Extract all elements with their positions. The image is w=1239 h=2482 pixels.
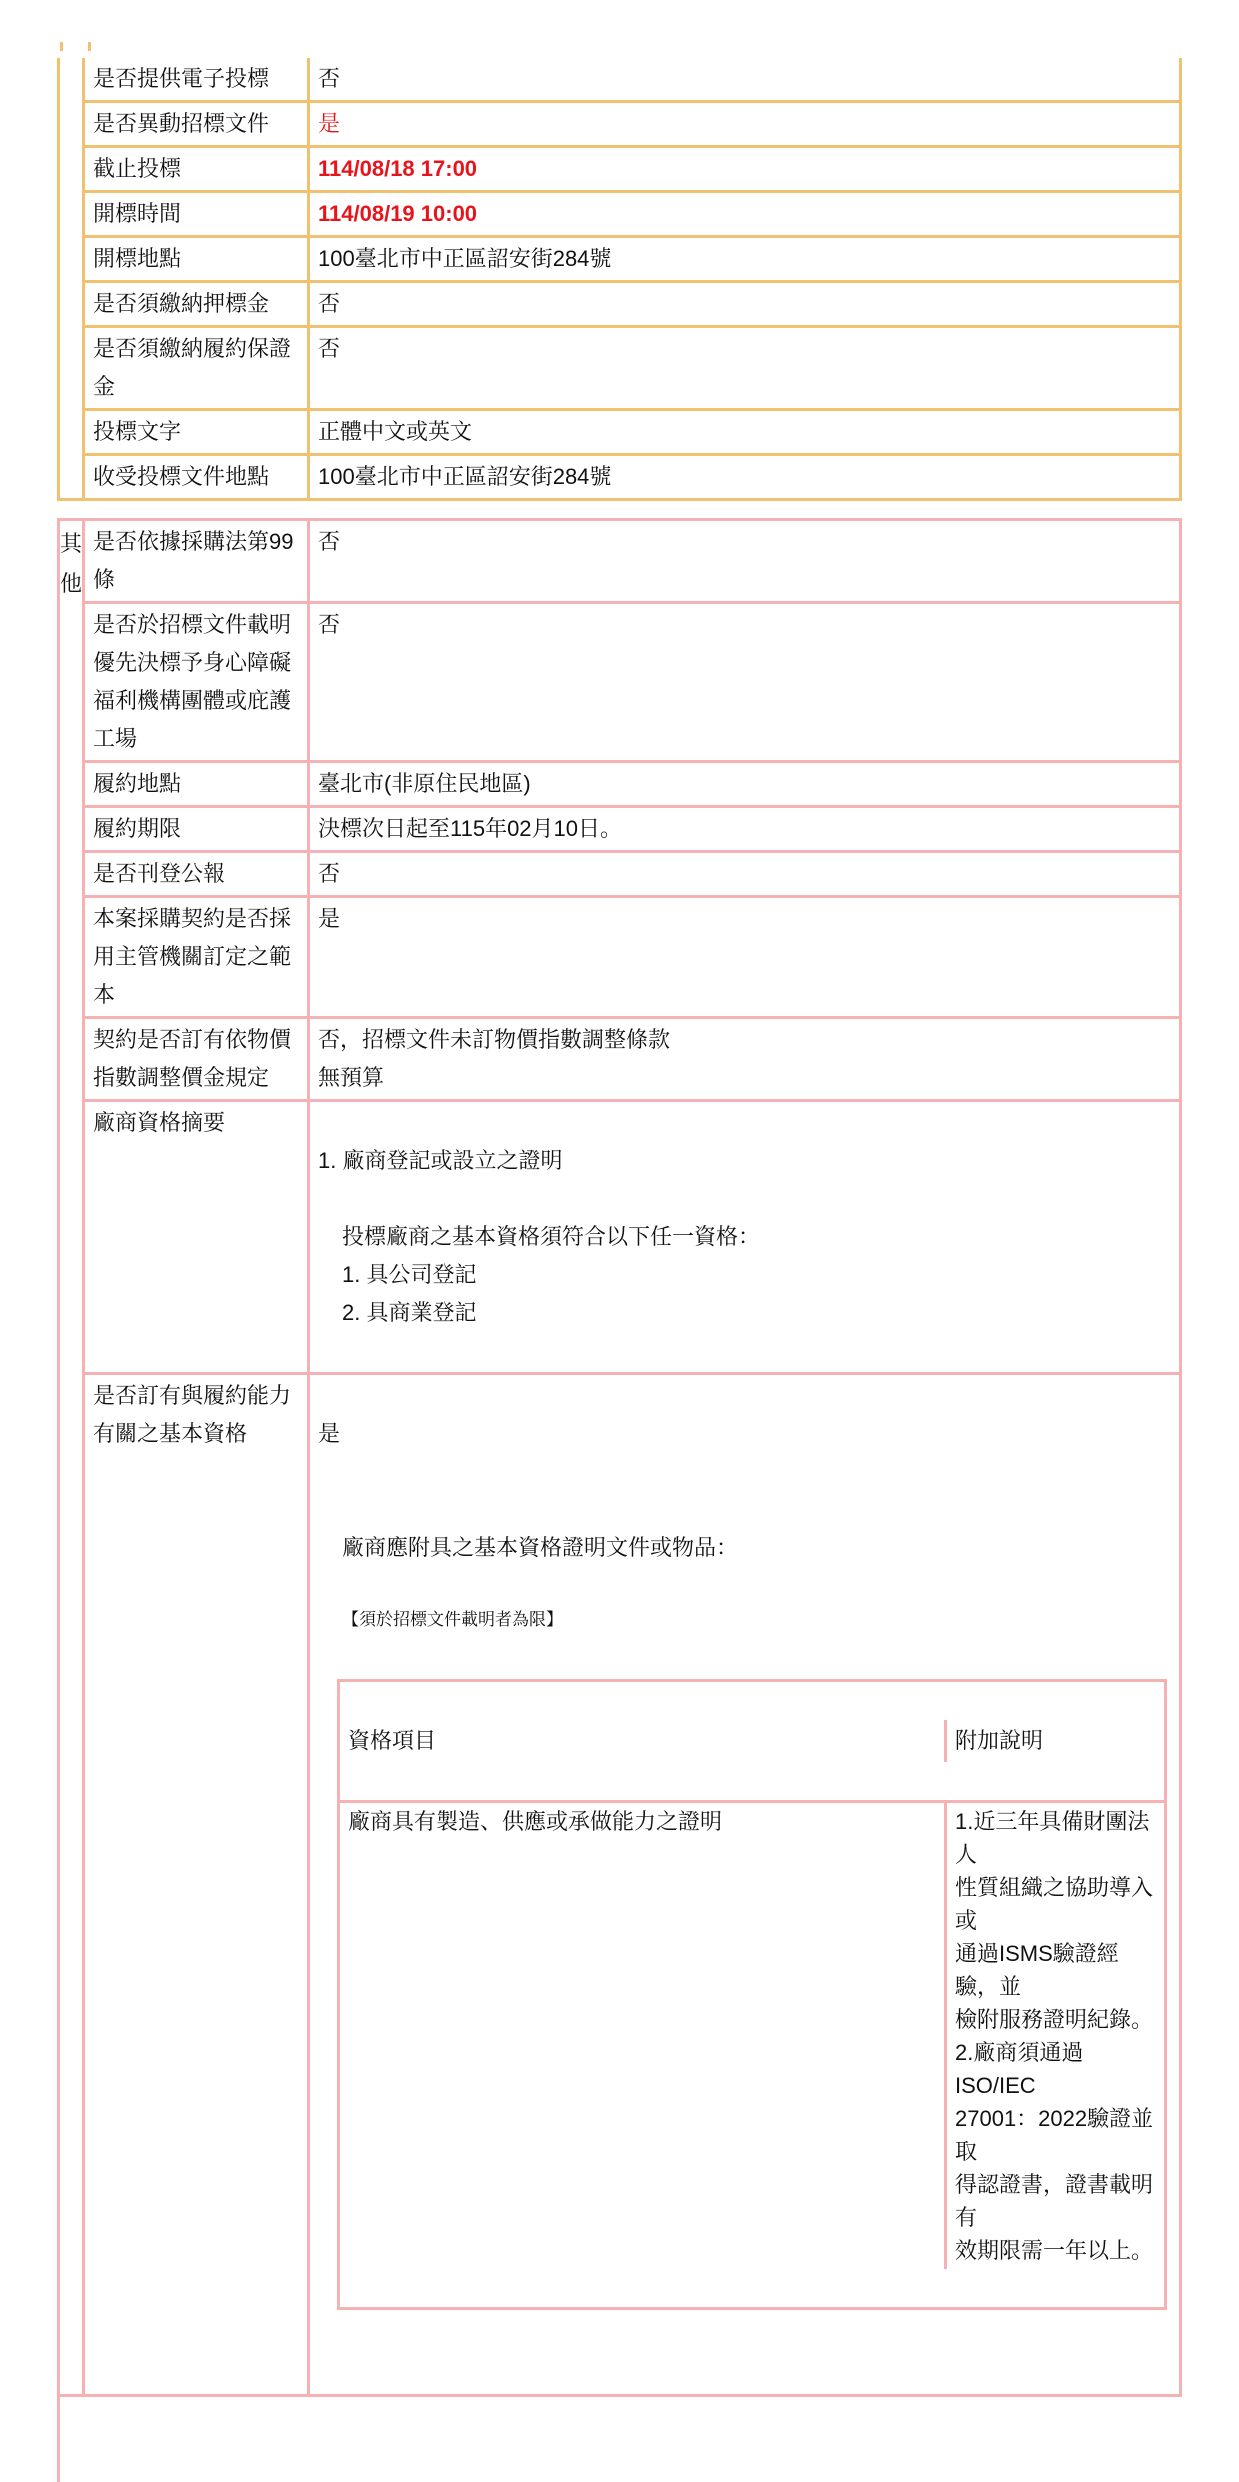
qualification-description-header: 附加說明 <box>947 1720 1164 1762</box>
row-label: 是否須繳納押標金 <box>85 283 310 325</box>
table-row: 是否須繳納押標金 否 <box>85 280 1179 325</box>
row-value: 是 廠商應附具之基本資格證明文件或物品： 【須於招標文件載明者為限】 資格項目 … <box>310 1375 1179 2394</box>
qualification-attach-note: 廠商應附具之基本資格證明文件或物品： <box>342 1529 1171 1567</box>
row-label: 開標時間 <box>85 193 310 235</box>
table-row: 投標文字 正體中文或英文 <box>85 408 1179 453</box>
row-label: 截止投標 <box>85 148 310 190</box>
row-label: 履約期限 <box>85 808 310 850</box>
row-label: 是否於招標文件載明 優先決標予身心障礙 福利機構團體或庇護 工場 <box>85 604 310 760</box>
tender-category-cell <box>60 58 85 498</box>
page-content: 是否提供電子投標 否 是否異動招標文件 是 截止投標 114/08/18 17:… <box>57 58 1182 2397</box>
table-row: 是否須繳納履約保證 金 否 <box>85 325 1179 408</box>
row-label: 是否刊登公報 <box>85 853 310 895</box>
row-value: 否 <box>310 58 1179 100</box>
qualification-answer: 是 <box>318 1415 1171 1453</box>
other-info-table: 其他 是否依據採購法第99 條 否 是否於招標文件載明 優先決標予身心障礙 福利… <box>57 518 1182 2397</box>
row-value: 是 <box>310 103 1179 145</box>
table-row: 是否異動招標文件 是 <box>85 100 1179 145</box>
row-value: 決標次日起至115年02月10日。 <box>310 808 1179 850</box>
qualification-summary-intro: 1. 廠商登記或設立之證明 <box>318 1142 1171 1180</box>
qualification-table-row: 廠商具有製造、供應或承做能力之證明 1.近三年具備財團法人 性質組織之協助導入或… <box>340 1800 1164 2269</box>
cut-border-stub <box>60 42 63 51</box>
table-row: 開標地點 100臺北市中正區詔安街284號 <box>85 235 1179 280</box>
row-label: 廠商資格摘要 <box>85 1102 310 1372</box>
row-label: 收受投標文件地點 <box>85 456 310 498</box>
cut-border-stub <box>88 42 91 51</box>
row-value: 否 <box>310 328 1179 408</box>
table-row-performance-qualification: 是否訂有與履約能力 有關之基本資格 是 廠商應附具之基本資格證明文件或物品： 【… <box>85 1372 1179 2394</box>
qualification-item: 廠商具有製造、供應或承做能力之證明 <box>340 1803 947 2269</box>
row-value: 114/08/18 17:00 <box>310 148 1179 190</box>
table-row: 是否於招標文件載明 優先決標予身心障礙 福利機構團體或庇護 工場 否 <box>85 601 1179 760</box>
row-value: 否 <box>310 604 1179 760</box>
row-value: 是 <box>310 898 1179 1016</box>
qualification-description: 1.近三年具備財團法人 性質組織之協助導入或 通過ISMS驗證經驗，並 檢附服務… <box>947 1803 1164 2269</box>
qualification-detail-block: 廠商應附具之基本資格證明文件或物品： 【須於招標文件載明者為限】 資格項目 附加… <box>318 1491 1171 2354</box>
row-label: 履約地點 <box>85 763 310 805</box>
row-label: 投標文字 <box>85 411 310 453</box>
row-label: 契約是否訂有依物價 指數調整價金規定 <box>85 1019 310 1099</box>
tender-info-table: 是否提供電子投標 否 是否異動招標文件 是 截止投標 114/08/18 17:… <box>57 58 1182 501</box>
row-value: 100臺北市中正區詔安街284號 <box>310 238 1179 280</box>
row-value: 正體中文或英文 <box>310 411 1179 453</box>
row-label: 開標地點 <box>85 238 310 280</box>
row-value: 否 <box>310 521 1179 601</box>
table-row: 契約是否訂有依物價 指數調整價金規定 否，招標文件未訂物價指數調整條款 無預算 <box>85 1016 1179 1099</box>
table-row: 是否提供電子投標 否 <box>85 58 1179 100</box>
other-category-cell: 其他 <box>60 521 85 2394</box>
row-label: 是否提供電子投標 <box>85 58 310 100</box>
row-label: 是否訂有與履約能力 有關之基本資格 <box>85 1375 310 2394</box>
row-label: 是否須繳納履約保證 金 <box>85 328 310 408</box>
table-row: 履約地點 臺北市(非原住民地區) <box>85 760 1179 805</box>
qualification-table-header: 資格項目 附加說明 <box>340 1720 1164 1762</box>
table-row: 履約期限 決標次日起至115年02月10日。 <box>85 805 1179 850</box>
row-value: 114/08/19 10:00 <box>310 193 1179 235</box>
row-value: 否，招標文件未訂物價指數調整條款 無預算 <box>310 1019 1179 1099</box>
table-row-vendor-qualification: 廠商資格摘要 1. 廠商登記或設立之證明 投標廠商之基本資格須符合以下任一資格：… <box>85 1099 1179 1372</box>
qualification-summary-details: 投標廠商之基本資格須符合以下任一資格： 1. 具公司登記 2. 具商業登記 <box>318 1218 1171 1332</box>
table-row: 開標時間 114/08/19 10:00 <box>85 190 1179 235</box>
row-value: 100臺北市中正區詔安街284號 <box>310 456 1179 498</box>
row-value: 否 <box>310 853 1179 895</box>
table-row: 本案採購契約是否採 用主管機關訂定之範 本 是 <box>85 895 1179 1016</box>
qualification-table: 資格項目 附加說明 廠商具有製造、供應或承做能力之證明 1.近三年具備財團法人 … <box>337 1679 1167 2310</box>
table-row: 是否刊登公報 否 <box>85 850 1179 895</box>
qualification-limit-note: 【須於招標文件載明者為限】 <box>342 1605 1171 1635</box>
row-label: 是否異動招標文件 <box>85 103 310 145</box>
other-rows: 是否依據採購法第99 條 否 是否於招標文件載明 優先決標予身心障礙 福利機構團… <box>85 521 1179 2394</box>
row-label: 是否依據採購法第99 條 <box>85 521 310 601</box>
row-value: 1. 廠商登記或設立之證明 投標廠商之基本資格須符合以下任一資格： 1. 具公司… <box>310 1102 1179 1372</box>
row-label: 本案採購契約是否採 用主管機關訂定之範 本 <box>85 898 310 1016</box>
cut-border-stub <box>57 2394 60 2482</box>
table-row: 是否依據採購法第99 條 否 <box>85 521 1179 601</box>
table-row: 截止投標 114/08/18 17:00 <box>85 145 1179 190</box>
qualification-item-header: 資格項目 <box>340 1720 947 1762</box>
row-value: 否 <box>310 283 1179 325</box>
row-value: 臺北市(非原住民地區) <box>310 763 1179 805</box>
tender-rows: 是否提供電子投標 否 是否異動招標文件 是 截止投標 114/08/18 17:… <box>85 58 1179 498</box>
table-row: 收受投標文件地點 100臺北市中正區詔安街284號 <box>85 453 1179 498</box>
